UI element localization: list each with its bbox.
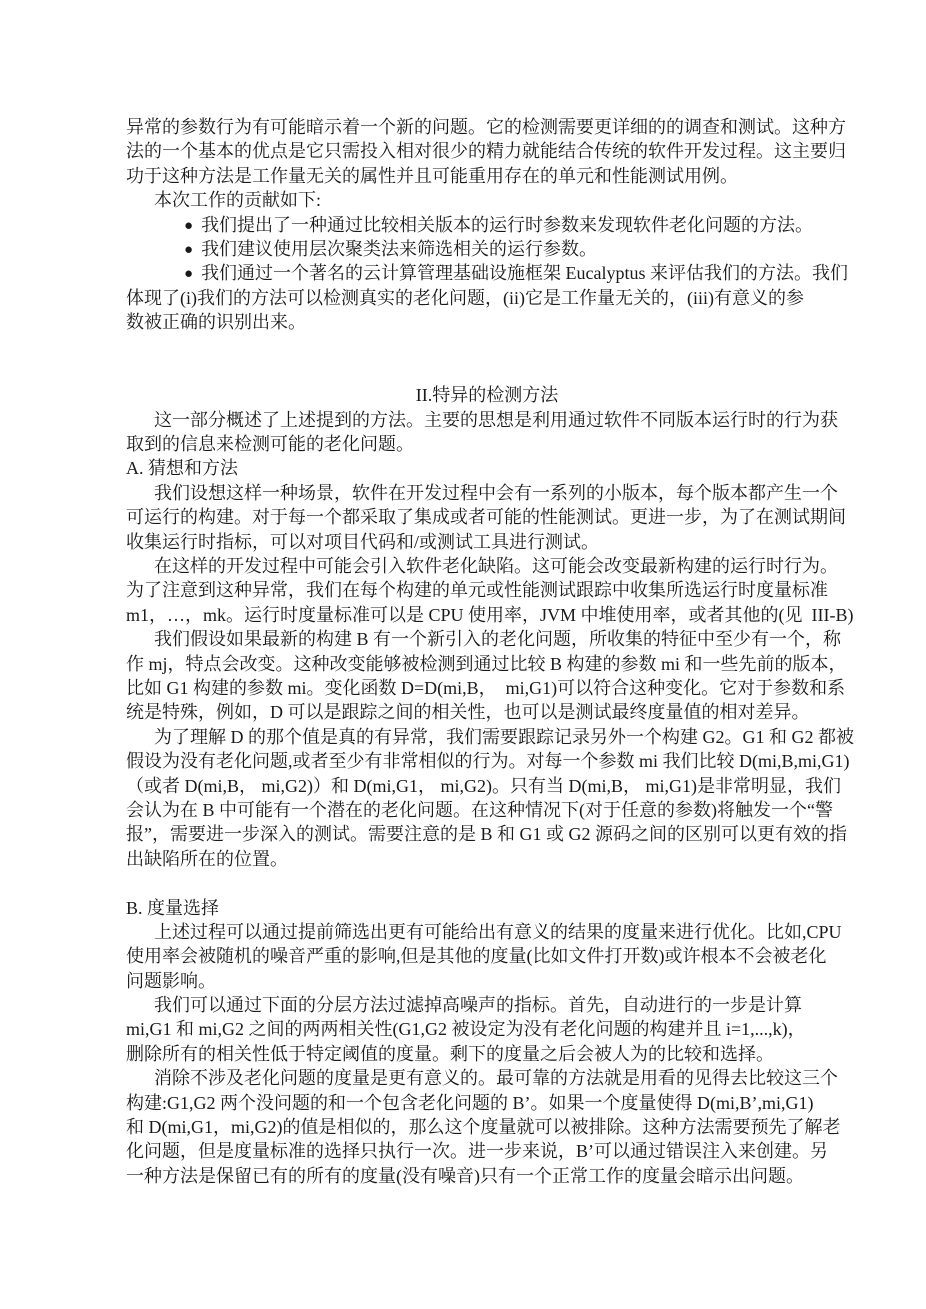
text-line-content: 我们设想这样一种场景，软件在开发过程中会有一系列的小版本，每个版本都产生一个	[154, 483, 838, 503]
text-line: 本次工作的贡献如下:	[126, 188, 848, 212]
text-line: mi,G1 和 mi,G2 之间的两两相关性(G1,G2 被设定为没有老化问题的…	[126, 1017, 848, 1041]
text-line: 我们可以通过下面的分层方法过滤掉高噪声的指标。首先，自动进行的一步是计算	[126, 993, 848, 1017]
text-line: 出缺陷所在的位置。	[126, 847, 848, 871]
bullet-list-item: ●我们提出了一种通过比较相关版本的运行时参数来发现软件老化问题的方法。	[126, 213, 848, 237]
text-line-content: 异常的参数行为有可能暗示着一个新的问题。它的检测需要更详细的的调查和测试。这种方	[126, 117, 846, 137]
text-line: 报”，需要进一步深入的测试。需要注意的是 B 和 G1 或 G2 源码之间的区别…	[126, 822, 848, 846]
section-heading-text: II.特异的检测方法	[416, 385, 559, 405]
text-line-content: 问题影响。	[126, 971, 216, 991]
bullet-list-item: ●我们通过一个著名的云计算管理基础设施框架 Eucalyptus 来评估我们的方…	[126, 261, 848, 285]
bullet-icon: ●	[184, 238, 193, 262]
text-line: 使用率会被随机的噪音严重的影响,但是其他的度量(比如文件打开数)或许根本不会被老…	[126, 944, 848, 968]
text-line: 消除不涉及老化问题的度量是更有意义的。最可靠的方法就是用看的见得去比较这三个	[126, 1066, 848, 1090]
text-line: 为了理解 D 的那个值是真的有异常，我们需要跟踪记录另外一个构建 G2。G1 和…	[126, 725, 848, 749]
text-line: 构建:G1,G2 两个没问题的和一个包含老化问题的 B’。如果一个度量使得 D(…	[126, 1091, 848, 1115]
text-line: 一种方法是保留已有的所有的度量(没有噪音)只有一个正常工作的度量会暗示出问题。	[126, 1164, 848, 1188]
text-line-content: 比如 G1 构建的参数 mi。变化函数 D=D(mi,B， mi,G1)可以符合…	[126, 678, 845, 698]
text-line: 法的一个基本的优点是它只需投入相对很少的精力就能结合传统的软件开发过程。这主要归	[126, 139, 848, 163]
text-line-content: m1，…，mk。运行时度量标准可以是 CPU 使用率，JVM 中堆使用率，或者其…	[126, 605, 854, 625]
text-line-content: 出缺陷所在的位置。	[126, 849, 288, 869]
text-line-content: 数被正确的识别出来。	[126, 312, 306, 332]
text-line: 假设为没有老化问题,或者至少有非常相似的行为。对每一个参数 mi 我们比较 D(…	[126, 749, 848, 773]
text-line-content: 可运行的构建。对于每一个都采取了集成或者可能的性能测试。更进一步，为了在测试期间	[126, 507, 846, 527]
blank-line	[126, 359, 848, 383]
text-line-content: 我们假设如果最新的构建 B 有一个新引入的老化问题，所收集的特征中至少有一个，称	[154, 629, 841, 649]
text-line-content: 消除不涉及老化问题的度量是更有意义的。最可靠的方法就是用看的见得去比较这三个	[154, 1068, 838, 1088]
text-line-content: 统是特殊，例如，D 可以是跟踪之间的相关性，也可以是测试最终度量值的相对差异。	[126, 702, 810, 722]
bullet-icon: ●	[184, 214, 193, 238]
text-line-content: 在这样的开发过程中可能会引入软件老化缺陷。这可能会改变最新构建的运行时行为。	[154, 556, 838, 576]
text-line: 我们设想这样一种场景，软件在开发过程中会有一系列的小版本，每个版本都产生一个	[126, 481, 848, 505]
text-line-content: 这一部分概述了上述提到的方法。主要的思想是利用通过软件不同版本运行时的行为获	[154, 410, 838, 430]
text-line-content: 作 mj，特点会改变。这种改变能够被检测到通过比较 B 构建的参数 mi 和一些…	[126, 654, 847, 674]
text-line: 删除所有的相关性低于特定阈值的度量。剩下的度量之后会被人为的比较和选择。	[126, 1042, 848, 1066]
bullet-item-text: 我们提出了一种通过比较相关版本的运行时参数来发现软件老化问题的方法。	[201, 215, 813, 235]
text-line-content: 本次工作的贡献如下:	[154, 190, 321, 210]
text-line-content: 使用率会被随机的噪音严重的影响,但是其他的度量(比如文件打开数)或许根本不会被老…	[126, 946, 826, 966]
text-line: 异常的参数行为有可能暗示着一个新的问题。它的检测需要更详细的的调查和测试。这种方	[126, 115, 848, 139]
text-line-content: 化问题，但是度量标准的选择只执行一次。进一步来说，B’可以通过错误注入来创建。另	[126, 1141, 828, 1161]
text-line-content: 体现了(i)我们的方法可以检测真实的老化问题，(ii)它是工作量无关的，(iii…	[126, 288, 804, 308]
text-line: 我们假设如果最新的构建 B 有一个新引入的老化问题，所收集的特征中至少有一个，称	[126, 627, 848, 651]
text-line: 功于这种方法是工作量无关的属性并且可能重用存在的单元和性能测试用例。	[126, 164, 848, 188]
text-line-content: 取到的信息来检测可能的老化问题。	[126, 434, 414, 454]
bullet-list-item: ●我们建议使用层次聚类法来筛选相关的运行参数。	[126, 237, 848, 261]
text-line-content: 会认为在 B 中可能有一个潜在的老化问题。在这种情况下(对于任意的参数)将触发一…	[126, 800, 833, 820]
text-line: 收集运行时指标，可以对项目代码和/或测试工具进行测试。	[126, 530, 848, 554]
text-line-content: 构建:G1,G2 两个没问题的和一个包含老化问题的 B’。如果一个度量使得 D(…	[126, 1093, 814, 1113]
text-line: 可运行的构建。对于每一个都采取了集成或者可能的性能测试。更进一步，为了在测试期间	[126, 505, 848, 529]
bullet-item-text: 我们通过一个著名的云计算管理基础设施框架 Eucalyptus 来评估我们的方法…	[201, 263, 848, 283]
section-heading: II.特异的检测方法	[126, 383, 848, 407]
text-line-content: 和 D(mi,G1，mi,G2)的值是相似的，那么这个度量就可以被排除。这种方法…	[126, 1117, 841, 1137]
bullet-item-text: 我们建议使用层次聚类法来筛选相关的运行参数。	[201, 239, 597, 259]
text-line: 数被正确的识别出来。	[126, 310, 848, 334]
subsection-heading-text: B. 度量选择	[126, 898, 219, 918]
text-line: 会认为在 B 中可能有一个潜在的老化问题。在这种情况下(对于任意的参数)将触发一…	[126, 798, 848, 822]
subsection-heading: A. 猜想和方法	[126, 456, 848, 480]
blank-line	[126, 871, 848, 895]
text-line-content: 为了注意到这种异常，我们在每个构建的单元或性能测试跟踪中收集所选运行时度量标准	[126, 580, 828, 600]
text-line-content: 功于这种方法是工作量无关的属性并且可能重用存在的单元和性能测试用例。	[126, 166, 738, 186]
text-line-content: 法的一个基本的优点是它只需投入相对很少的精力就能结合传统的软件开发过程。这主要归	[126, 141, 846, 161]
text-line: 统是特殊，例如，D 可以是跟踪之间的相关性，也可以是测试最终度量值的相对差异。	[126, 700, 848, 724]
document-text-block: 异常的参数行为有可能暗示着一个新的问题。它的检测需要更详细的的调查和测试。这种方…	[126, 115, 848, 1188]
text-line: 化问题，但是度量标准的选择只执行一次。进一步来说，B’可以通过错误注入来创建。另	[126, 1139, 848, 1163]
subsection-heading: B. 度量选择	[126, 896, 848, 920]
text-line: 上述过程可以通过提前筛选出更有可能给出有意义的结果的度量来进行优化。比如,CPU	[126, 920, 848, 944]
subsection-heading-text: A. 猜想和方法	[126, 458, 238, 478]
text-line: m1，…，mk。运行时度量标准可以是 CPU 使用率，JVM 中堆使用率，或者其…	[126, 603, 848, 627]
text-line: 问题影响。	[126, 969, 848, 993]
text-line: 体现了(i)我们的方法可以检测真实的老化问题，(ii)它是工作量无关的，(iii…	[126, 286, 848, 310]
document-page: 异常的参数行为有可能暗示着一个新的问题。它的检测需要更详细的的调查和测试。这种方…	[0, 0, 926, 1309]
bullet-icon: ●	[184, 262, 193, 286]
text-line: 比如 G1 构建的参数 mi。变化函数 D=D(mi,B， mi,G1)可以符合…	[126, 676, 848, 700]
text-line: 这一部分概述了上述提到的方法。主要的思想是利用通过软件不同版本运行时的行为获	[126, 408, 848, 432]
text-line-content: 假设为没有老化问题,或者至少有非常相似的行为。对每一个参数 mi 我们比较 D(…	[126, 751, 850, 771]
text-line-content: 收集运行时指标，可以对项目代码和/或测试工具进行测试。	[126, 532, 599, 552]
text-line: （或者 D(mi,B， mi,G2)）和 D(mi,G1， mi,G2)。只有当…	[126, 774, 848, 798]
text-line-content: 为了理解 D 的那个值是真的有异常，我们需要跟踪记录另外一个构建 G2。G1 和…	[154, 727, 854, 747]
text-line-content: 报”，需要进一步深入的测试。需要注意的是 B 和 G1 或 G2 源码之间的区别…	[126, 824, 847, 844]
text-line-content: 上述过程可以通过提前筛选出更有可能给出有意义的结果的度量来进行优化。比如,CPU	[154, 922, 842, 942]
text-line-content: 删除所有的相关性低于特定阈值的度量。剩下的度量之后会被人为的比较和选择。	[126, 1044, 774, 1064]
text-line: 作 mj，特点会改变。这种改变能够被检测到通过比较 B 构建的参数 mi 和一些…	[126, 652, 848, 676]
text-line: 在这样的开发过程中可能会引入软件老化缺陷。这可能会改变最新构建的运行时行为。	[126, 554, 848, 578]
text-line-content: mi,G1 和 mi,G2 之间的两两相关性(G1,G2 被设定为没有老化问题的…	[126, 1019, 806, 1039]
text-line: 和 D(mi,G1，mi,G2)的值是相似的，那么这个度量就可以被排除。这种方法…	[126, 1115, 848, 1139]
text-line-content: （或者 D(mi,B， mi,G2)）和 D(mi,G1， mi,G2)。只有当…	[126, 776, 841, 796]
text-line: 为了注意到这种异常，我们在每个构建的单元或性能测试跟踪中收集所选运行时度量标准	[126, 578, 848, 602]
text-line-content: 一种方法是保留已有的所有的度量(没有噪音)只有一个正常工作的度量会暗示出问题。	[126, 1166, 804, 1186]
text-line-content: 我们可以通过下面的分层方法过滤掉高噪声的指标。首先，自动进行的一步是计算	[154, 995, 802, 1015]
text-line: 取到的信息来检测可能的老化问题。	[126, 432, 848, 456]
blank-line	[126, 335, 848, 359]
